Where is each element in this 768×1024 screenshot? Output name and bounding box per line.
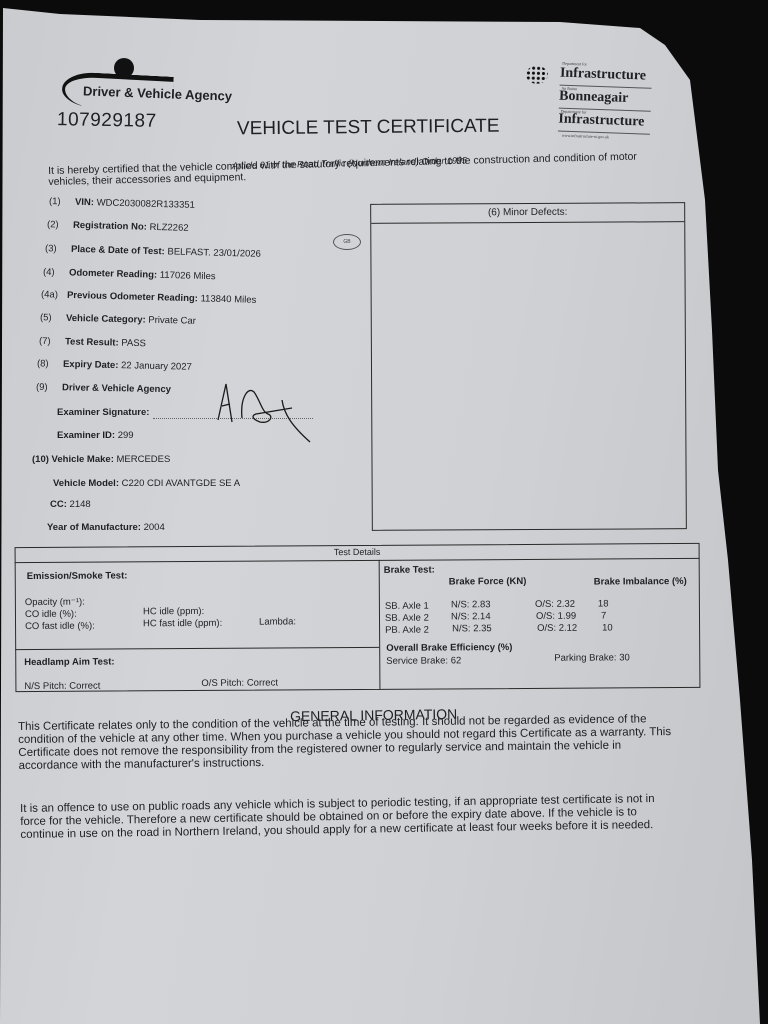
brake-force-heading: Brake Force (KN) [449,576,527,587]
field-expiry-date: (8)Expiry Date: 22 January 2027 [37,358,192,373]
minor-defects-heading: (6) Minor Defects: [371,203,684,224]
general-information-paragraph-2: It is an offence to use on public roads … [20,793,655,842]
lambda-label: Lambda: [259,616,296,627]
certificate-paper: Driver & Vehicle Agency 107929187 VEHICL… [0,0,768,1024]
brake-test-heading: Brake Test: [384,565,435,576]
certification-statement: It is hereby certified that the vehicle … [48,152,637,188]
examiner-id: Examiner ID: 299 [57,430,134,441]
brake-row-imbalance: 10 [602,622,613,633]
brake-row-ns: N/S: 2.35 [452,623,492,634]
field-cc: CC: 2148 [50,499,91,510]
field-previous-odometer: (4a)Previous Odometer Reading: 113840 Mi… [41,289,257,306]
general-information-paragraph-1: This Certificate relates only to the con… [18,713,671,773]
brake-row-axle: SB. Axle 2 [385,613,429,624]
parking-brake: Parking Brake: 30 [554,652,630,663]
field-vehicle-make: (10) Vehicle Make: MERCEDES [32,454,170,465]
field-place-date: (3)Place & Date of Test: BELFAST. 23/01/… [45,243,261,260]
certificate-number: 107929187 [57,109,157,133]
examiner-signature-label: Examiner Signature: [57,407,149,418]
gb-stamp: GB [333,234,361,250]
examiner-signature [210,378,320,448]
emission-heading: Emission/Smoke Test: [27,570,128,582]
field-vehicle-model: Vehicle Model: C220 CDI AVANTGDE SE A [53,478,240,489]
dfi-line3: Infrastructure [558,112,645,131]
test-details-table: Test Details Emission/Smoke Test: Opacit… [15,543,701,692]
dva-logo: Driver & Vehicle Agency [62,58,242,110]
hc-idle-label: HC idle (ppm): [143,606,204,617]
brake-row-axle: SB. Axle 1 [385,601,429,612]
brake-row-ns: N/S: 2.83 [451,599,491,610]
brake-row-os: O/S: 2.32 [535,599,575,610]
service-brake: Service Brake: 62 [386,655,461,666]
field-issuing-agency: (9)Driver & Vehicle Agency [36,382,171,395]
field-odometer: (4)Odometer Reading: 117026 Miles [43,267,216,283]
field-vehicle-category: (5)Vehicle Category: Private Car [40,312,196,327]
hc-fast-idle-label: HC fast idle (ppm): [143,618,222,629]
ns-pitch: N/S Pitch: Correct [24,681,100,692]
co-idle-label: CO idle (%): [25,609,77,620]
co-fast-idle-label: CO fast idle (%): [25,621,95,632]
headlamp-heading: Headlamp Aim Test: [24,656,114,668]
brake-row-os: O/S: 2.12 [537,623,577,634]
dfi-line2: Bonneagair [559,89,629,107]
brake-row-ns: N/S: 2.14 [451,611,491,622]
page-title: VEHICLE TEST CERTIFICATE [237,116,500,141]
brake-row-imbalance: 18 [598,598,609,609]
field-vin: (1)VIN: WDC2030082R133351 [49,196,195,211]
field-test-result: (7)Test Result: PASS [39,336,146,349]
department-logo: Department for Infrastructure An Roinn B… [524,59,677,144]
field-registration: (2)Registration No: RLZ2262 [47,219,189,234]
os-pitch: O/S Pitch: Correct [201,677,278,688]
opacity-label: Opacity (m⁻¹): [25,597,85,608]
brake-efficiency-heading: Overall Brake Efficiency (%) [386,642,512,654]
dfi-emblem-icon [526,65,549,84]
dfi-website: www.infrastructure-ni.gov.uk [562,133,609,140]
brake-row-imbalance: 7 [601,610,606,621]
brake-imbalance-heading: Brake Imbalance (%) [594,576,687,588]
minor-defects-box: (6) Minor Defects: [370,202,687,531]
field-year-of-manufacture: Year of Manufacture: 2004 [47,522,165,533]
brake-row-axle: PB. Axle 2 [385,625,429,636]
brake-row-os: O/S: 1.99 [536,611,576,622]
dfi-line1: Infrastructure [560,66,647,85]
